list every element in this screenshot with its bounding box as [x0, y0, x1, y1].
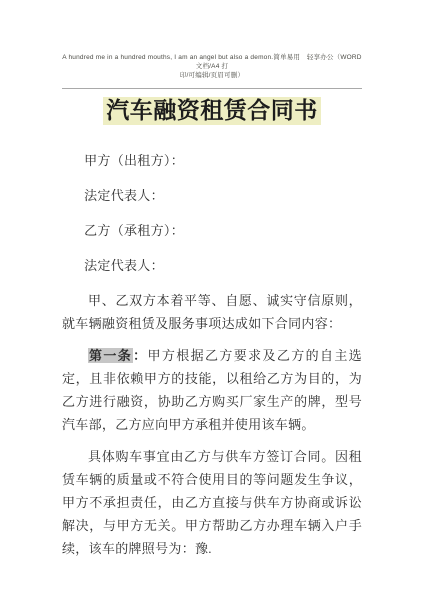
document-body: 甲方（出租方）： 法定代表人： 乙方（承租方）： 法定代表人： 甲、乙双方本着平…: [62, 149, 362, 560]
header-text-line1: A hundred me in a hundred mouths, I am a…: [62, 53, 362, 71]
header-divider: [62, 88, 362, 89]
page-header: A hundred me in a hundred mouths, I am a…: [62, 53, 362, 80]
document-title: 汽车融资租赁合同书: [62, 95, 362, 126]
header-text-line2: 印/可编辑/页眉可删）: [62, 71, 362, 80]
clause-1-paragraph: 第一条：甲方根据乙方要求及乙方的自主选定，且非依赖甲方的技能，以租给乙方为目的，…: [62, 344, 362, 436]
clause-1-separator: ：: [133, 348, 147, 363]
party-line-lessor-representative: 法定代表人：: [62, 184, 362, 208]
party-line-lessee: 乙方（承租方）：: [62, 219, 362, 243]
purchase-paragraph: 具体购车事宜由乙方与供车方签订合同。因租赁车辆的质量或不符合使用目的等问题发生争…: [62, 445, 362, 560]
party-line-lessor: 甲方（出租方）：: [62, 149, 362, 173]
party-line-lessee-representative: 法定代表人：: [62, 254, 362, 278]
document-title-highlight: 汽车融资租赁合同书: [103, 97, 321, 125]
clause-1-number: 第一条: [88, 348, 133, 363]
preamble-paragraph: 甲、乙双方本着平等、自愿、诚实守信原则，就车辆融资租赁及服务事项达成如下合同内容…: [62, 289, 362, 335]
document-page: A hundred me in a hundred mouths, I am a…: [0, 0, 423, 600]
